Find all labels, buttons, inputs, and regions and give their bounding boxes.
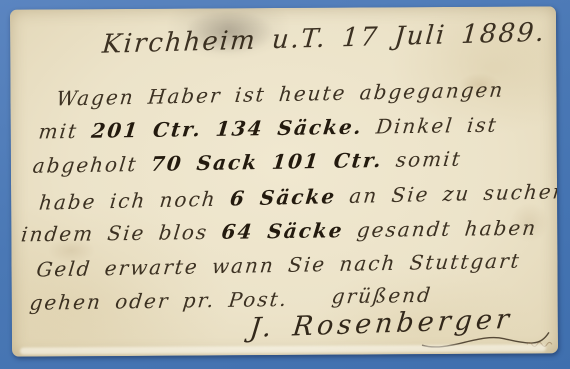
line-text: habe ich noch xyxy=(38,186,231,214)
line-text: mit xyxy=(37,119,92,144)
line-text: Dinkel ist xyxy=(361,113,499,139)
handwritten-line: habe ich noch 6 Säcke an Sie zu suchen xyxy=(38,179,558,215)
line-text: gesandt haben xyxy=(342,216,538,243)
line-text: somit xyxy=(381,147,463,172)
handwritten-line: Wagen Haber ist heute abgegangen xyxy=(55,77,505,110)
corner-mark xyxy=(526,338,554,348)
line-text-emphasis: 64 Säcke xyxy=(220,218,345,244)
line-text: Geld erwarte wann Sie nach Stuttgart xyxy=(35,249,522,282)
handwritten-line: abgeholt 70 Sack 101 Ctr. somit xyxy=(32,147,463,178)
line-text: abgeholt xyxy=(32,152,153,178)
line-text-emphasis: 201 Ctr. 134 Säcke. xyxy=(90,115,364,143)
handwritten-line: Geld erwarte wann Sie nach Stuttgart xyxy=(35,249,522,282)
postcard: Kirchheim u.T. 17 Juli 1889. Wagen Haber… xyxy=(10,6,558,356)
dateline: Kirchheim u.T. 17 Juli 1889. xyxy=(101,18,547,60)
line-text: Wagen Haber ist heute abgegangen xyxy=(55,77,505,110)
line-text-emphasis: 6 Säcke xyxy=(229,184,337,210)
handwritten-line: mit 201 Ctr. 134 Säcke. Dinkel ist xyxy=(37,113,499,144)
photo-background: Kirchheim u.T. 17 Juli 1889. Wagen Haber… xyxy=(0,0,570,369)
closing-left-text: gehen oder pr. Post. xyxy=(28,287,289,315)
closing-right-text: grüßend xyxy=(331,283,434,309)
line-text: indem Sie blos xyxy=(20,220,223,247)
handwritten-line: indem Sie blos 64 Säcke gesandt haben xyxy=(20,216,539,247)
line-text-emphasis: 70 Sack 101 Ctr. xyxy=(150,148,384,176)
line-text: an Sie zu suchen xyxy=(335,179,558,208)
